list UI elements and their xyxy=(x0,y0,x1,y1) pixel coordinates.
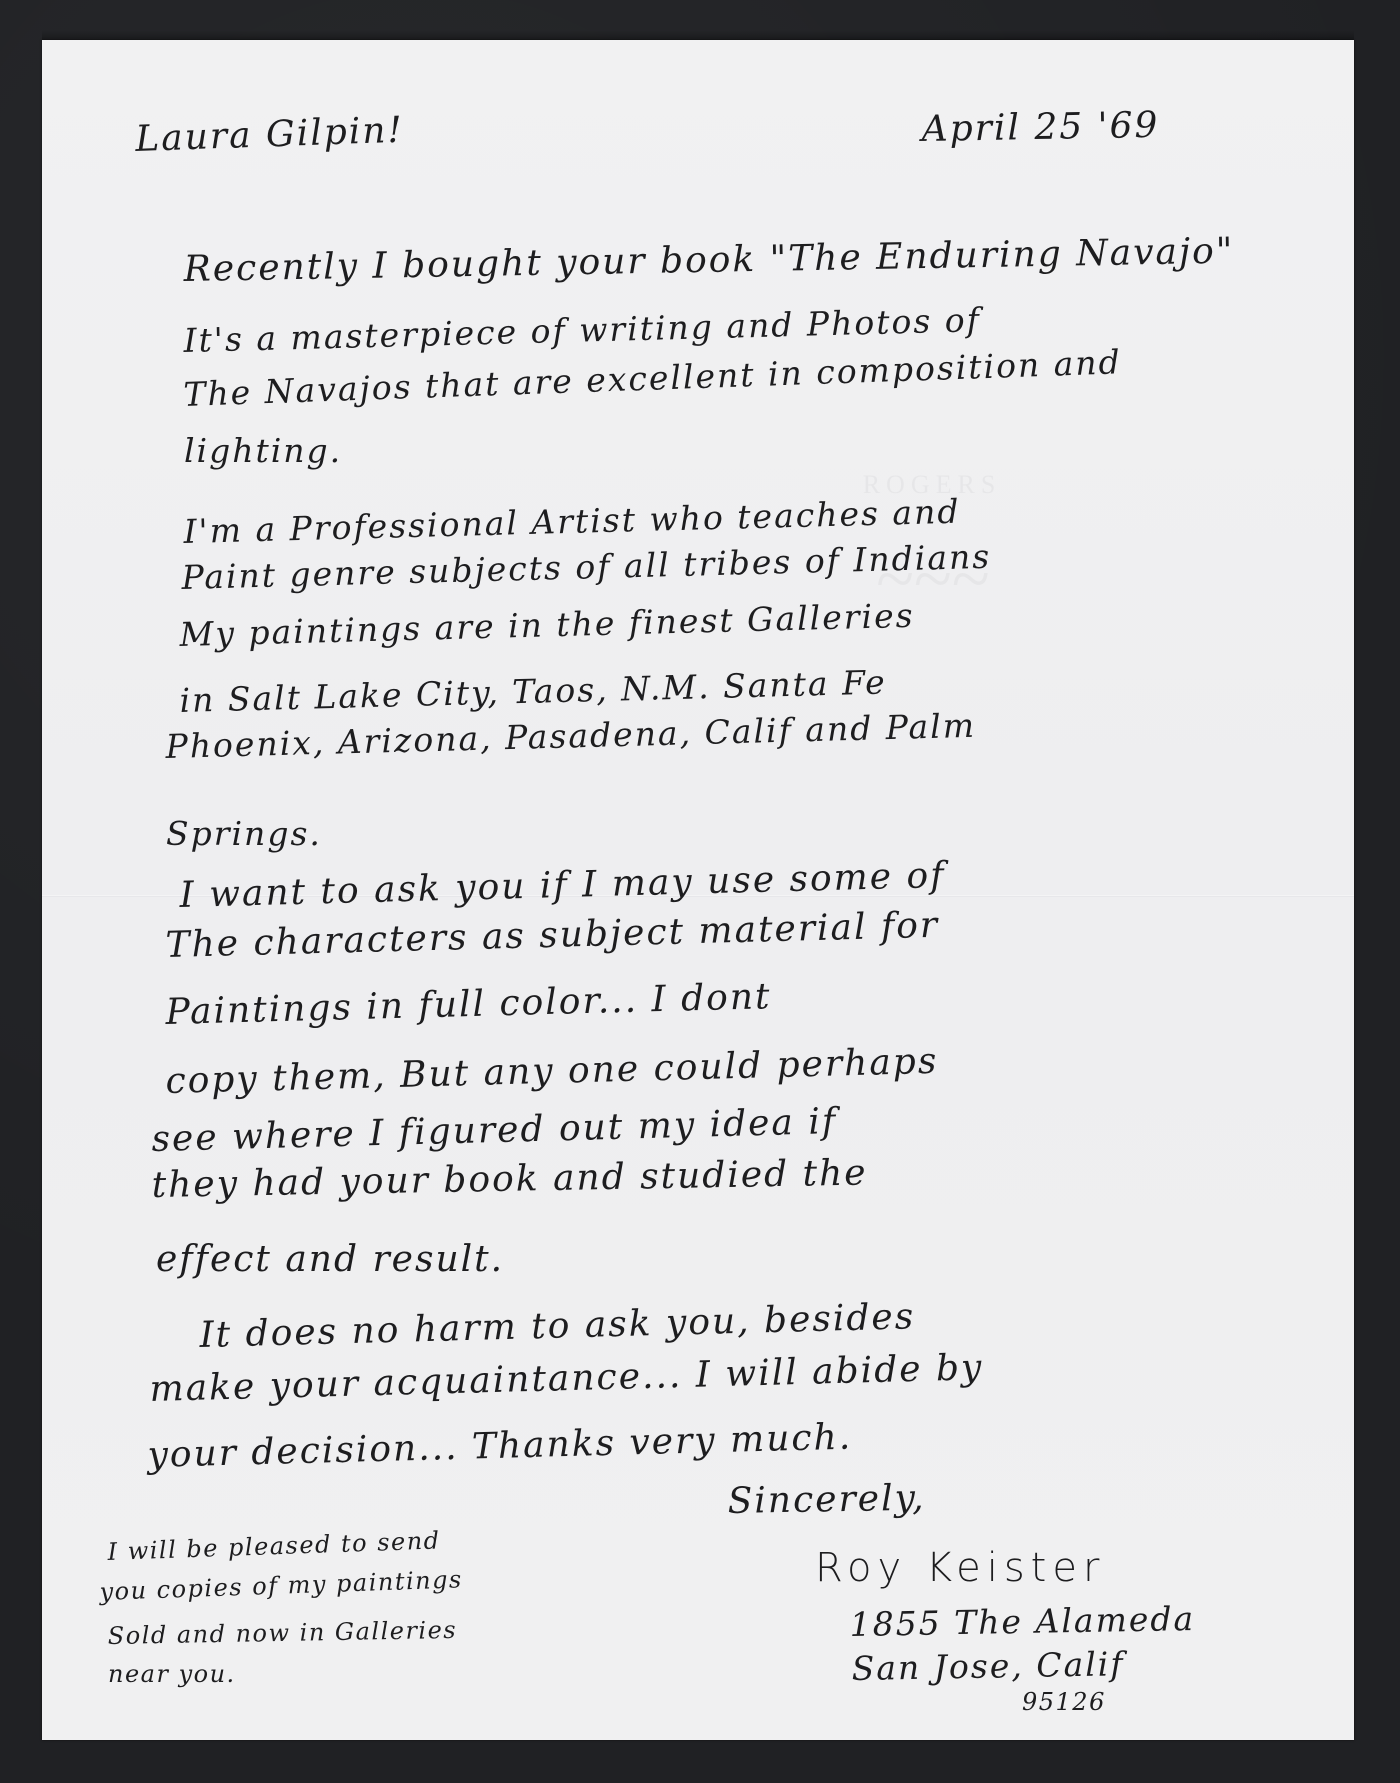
body-line: lighting. xyxy=(184,434,342,467)
address-zip: 95126 xyxy=(1022,1690,1106,1714)
body-line: Springs. xyxy=(166,817,322,850)
signature: Roy Keister xyxy=(815,1548,1105,1588)
body-line: effect and result. xyxy=(156,1242,504,1278)
postscript-line: Sold and now in Galleries xyxy=(108,1618,458,1648)
address-street: 1855 The Alameda xyxy=(849,1602,1195,1641)
address-city: San Jose, Calif xyxy=(851,1647,1124,1685)
salutation: Laura Gilpin! xyxy=(135,113,405,158)
closing: Sincerely, xyxy=(727,1481,925,1520)
letter-date: April 25 '69 xyxy=(921,108,1159,148)
postscript-line: near you. xyxy=(108,1662,236,1686)
